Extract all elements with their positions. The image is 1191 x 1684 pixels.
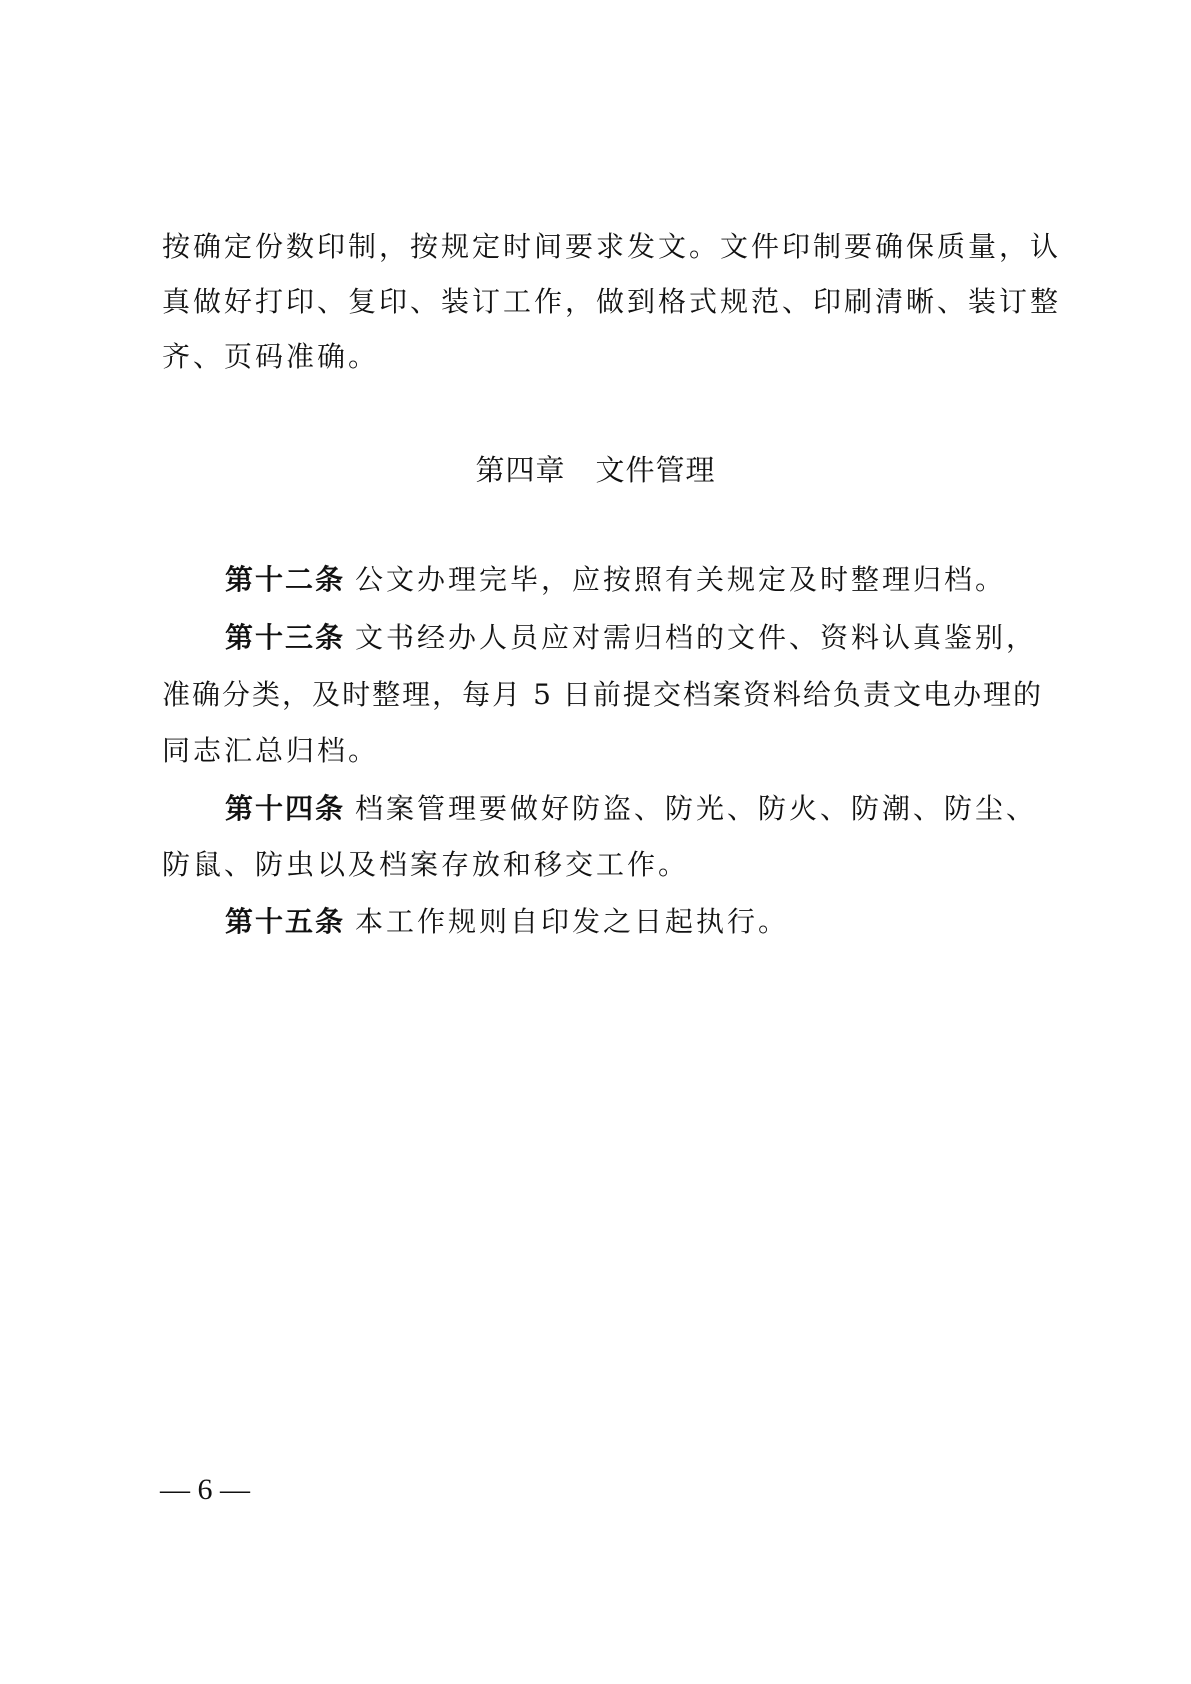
chapter-heading: 第四章文件管理 <box>0 450 1191 490</box>
document-page: 按确定份数印制，按规定时间要求发文。文件印制要确保质量，认 真做好打印、复印、装… <box>0 0 1191 1684</box>
article-label: 第十四条 <box>225 792 345 825</box>
paragraph-line: 齐、页码准确。 <box>162 337 1042 377</box>
page-number: — 6 — <box>160 1470 250 1510</box>
article-13: 第十三条文书经办人员应对需归档的文件、资料认真鉴别， <box>225 618 1042 658</box>
article-label: 第十三条 <box>225 621 345 654</box>
paragraph-line: 防鼠、防虫以及档案存放和移交工作。 <box>162 845 1042 885</box>
article-14: 第十四条档案管理要做好防盗、防光、防火、防潮、防尘、 <box>225 789 1042 829</box>
article-text: 档案管理要做好防盗、防光、防火、防潮、防尘、 <box>355 792 1037 825</box>
paragraph-line: 按确定份数印制，按规定时间要求发文。文件印制要确保质量，认 <box>162 227 1042 267</box>
article-text: 文书经办人员应对需归档的文件、资料认真鉴别， <box>355 621 1037 654</box>
article-text: 公文办理完毕，应按照有关规定及时整理归档。 <box>355 563 1006 596</box>
paragraph-line: 同志汇总归档。 <box>162 731 1042 771</box>
article-text: 本工作规则自印发之日起执行。 <box>355 905 789 938</box>
paragraph-line: 准确分类，及时整理，每月 5 日前提交档案资料给负责文电办理的 <box>162 675 1042 715</box>
chapter-title: 文件管理 <box>596 453 716 487</box>
article-15: 第十五条本工作规则自印发之日起执行。 <box>225 902 1042 942</box>
article-label: 第十二条 <box>225 563 345 596</box>
article-12: 第十二条公文办理完毕，应按照有关规定及时整理归档。 <box>225 560 1042 600</box>
article-label: 第十五条 <box>225 905 345 938</box>
chapter-number: 第四章 <box>475 453 565 487</box>
paragraph-line: 真做好打印、复印、装订工作，做到格式规范、印刷清晰、装订整 <box>162 282 1042 322</box>
